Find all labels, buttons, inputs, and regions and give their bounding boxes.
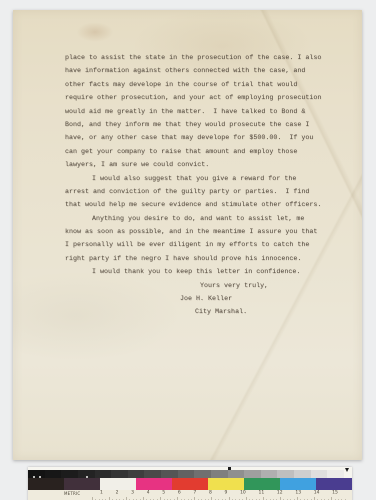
color-patch-white bbox=[100, 478, 136, 490]
ruler-number: 11 bbox=[258, 491, 264, 496]
scanned-document-page: place to assist the state in the prosecu… bbox=[0, 0, 376, 500]
letter-line: right party if the negro I have should p… bbox=[65, 252, 329, 265]
letter-signature-name: Joe H. Keller bbox=[65, 292, 329, 305]
color-patch-maroon bbox=[64, 478, 100, 490]
letter-line-paragraph-start: I would also suggest that you give a rew… bbox=[65, 172, 329, 185]
letter-line: Bond, and they inform me that they would… bbox=[65, 118, 329, 131]
letter-line: would aid me greatly in the matter. I ha… bbox=[65, 105, 329, 118]
ruler-number: 4 bbox=[147, 491, 150, 496]
ruler-number: 10 bbox=[240, 491, 246, 496]
letter-line: can get your company to raise that amoun… bbox=[65, 145, 329, 158]
gray-step bbox=[261, 470, 278, 478]
ruler-numbers: 1 2 3 4 5 6 7 8 9 10 11 12 13 14 15 bbox=[100, 490, 338, 495]
ruler-number: 9 bbox=[225, 491, 228, 496]
letter-line: place to assist the state in the prosecu… bbox=[65, 51, 329, 64]
gray-step bbox=[45, 470, 62, 478]
metric-ruler: METRIC 1 2 3 4 5 6 7 8 9 10 11 12 13 14 … bbox=[28, 490, 352, 500]
gray-step bbox=[311, 470, 328, 478]
color-patch-purple bbox=[316, 478, 352, 490]
ruler-number: 3 bbox=[131, 491, 134, 496]
color-patch-blue bbox=[280, 478, 316, 490]
letter-line-paragraph-start: Anything you desire to do, and want to a… bbox=[65, 212, 329, 225]
gray-step bbox=[111, 470, 128, 478]
gray-step bbox=[144, 470, 161, 478]
gray-step bbox=[228, 470, 245, 478]
ruler-number: 2 bbox=[116, 491, 119, 496]
ruler-number: 5 bbox=[162, 491, 165, 496]
color-patch-red bbox=[172, 478, 208, 490]
gray-step bbox=[244, 470, 261, 478]
ruler-number: 6 bbox=[178, 491, 181, 496]
ruler-number: 8 bbox=[209, 491, 212, 496]
ruler-number: 7 bbox=[193, 491, 196, 496]
gray-step bbox=[211, 470, 228, 478]
letter-line-paragraph-start: I would thank you to keep this letter in… bbox=[65, 265, 329, 278]
letter-signoff: Yours very truly, bbox=[65, 279, 329, 292]
gray-step bbox=[95, 470, 112, 478]
color-patch-black bbox=[28, 478, 64, 490]
gray-step bbox=[194, 470, 211, 478]
gray-step bbox=[28, 470, 45, 478]
ruler-number: 15 bbox=[332, 491, 338, 496]
letter-line: have information against others connecte… bbox=[65, 64, 329, 77]
gray-step bbox=[277, 470, 294, 478]
letter-line: have, or any other case that may develop… bbox=[65, 131, 329, 144]
letter-line: that would help me secure evidence and s… bbox=[65, 198, 329, 211]
gray-step bbox=[178, 470, 195, 478]
registration-mark bbox=[345, 468, 349, 472]
grayscale-strip bbox=[28, 470, 344, 478]
color-patch-green bbox=[244, 478, 280, 490]
letter-line: I personally will be ever diligent in my… bbox=[65, 238, 329, 251]
gray-step bbox=[61, 470, 78, 478]
letter-line: know as soon as possible, and in the mea… bbox=[65, 225, 329, 238]
color-patch-strip bbox=[28, 478, 352, 490]
color-calibration-target: METRIC 1 2 3 4 5 6 7 8 9 10 11 12 13 14 … bbox=[28, 467, 352, 500]
letter-paper-sheet: place to assist the state in the prosecu… bbox=[13, 10, 362, 460]
gray-step bbox=[128, 470, 145, 478]
letter-body-text: place to assist the state in the prosecu… bbox=[65, 51, 329, 319]
letter-line: arrest and conviction of the guilty part… bbox=[65, 185, 329, 198]
gray-step bbox=[161, 470, 178, 478]
letter-line: other facts may develope in the course o… bbox=[65, 78, 329, 91]
color-patch-magenta bbox=[136, 478, 172, 490]
letter-signature-title: City Marshal. bbox=[65, 305, 329, 318]
ruler-number: 14 bbox=[314, 491, 320, 496]
letter-line: lawyers, I am sure we could convict. bbox=[65, 158, 329, 171]
letter-line: require other prosecution, and your act … bbox=[65, 91, 329, 104]
registration-mark bbox=[228, 467, 231, 470]
ruler-number: 12 bbox=[277, 491, 283, 496]
ruler-number: 13 bbox=[295, 491, 301, 496]
gray-step bbox=[294, 470, 311, 478]
ruler-number: 1 bbox=[100, 491, 103, 496]
color-patch-yellow bbox=[208, 478, 244, 490]
ruler-metric-label: METRIC bbox=[64, 491, 80, 496]
gray-step bbox=[327, 470, 344, 478]
